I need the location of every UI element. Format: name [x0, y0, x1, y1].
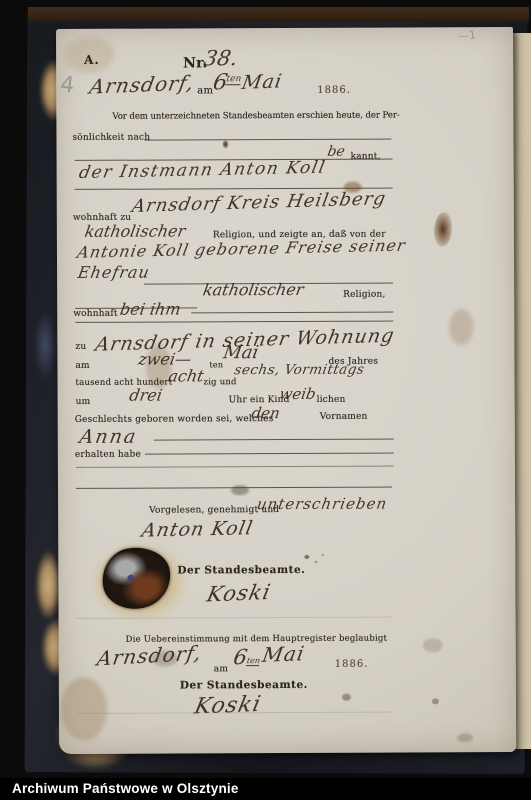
approval-handwritten: unterschrieben	[256, 495, 389, 514]
header-year: 1886.	[317, 85, 351, 96]
pencil-corner-mark: —1	[458, 29, 477, 43]
declarant-name-line: der Instmann Anton Koll	[77, 158, 327, 183]
erhalten-label: erhalten habe	[75, 450, 141, 460]
stain	[342, 694, 351, 701]
stain	[61, 677, 107, 741]
mother-residence-label: wohnhaft	[73, 309, 117, 319]
birth-hour: drei	[128, 386, 164, 405]
ruled-line	[145, 453, 394, 455]
registrar-title-2: Der Standesbeamte.	[180, 679, 308, 692]
declarant-residence: Arnsdorf Kreis Heilsberg	[130, 188, 388, 217]
stain	[457, 733, 473, 742]
certification-day-suffix: ten	[246, 657, 261, 666]
certification-place: Arnsdorf,	[95, 641, 203, 671]
header-day-suffix: ten	[225, 75, 241, 85]
birth-am-label: am	[75, 361, 89, 371]
declarant-religion-handwritten: katholischer	[83, 221, 187, 240]
archive-name: Archiwum Państwowe w Olsztynie	[12, 781, 239, 796]
birth-zu-label: zu	[75, 342, 86, 352]
declarant-signature: Anton Koll	[140, 517, 255, 541]
section-letter: A.	[84, 53, 100, 67]
pencil-margin-mark: 4	[59, 72, 75, 98]
mother-religion-handwritten: katholischer	[202, 280, 306, 299]
birth-sex-suffix-label: lichen	[317, 395, 346, 405]
birth-month: Mai	[222, 342, 261, 363]
ruled-line	[76, 466, 394, 468]
register-form-page: 4 —1 A. Nr. 38. Arnsdorf, am 6 ten Mai 1…	[56, 27, 516, 754]
registrar-signature-2: Koski	[192, 692, 264, 720]
photographed-register-page: 4 —1 A. Nr. 38. Arnsdorf, am 6 ten Mai 1…	[0, 0, 531, 800]
intro-line2: sönlichkeit nach	[72, 133, 150, 143]
stain	[423, 638, 443, 652]
birth-decade: acht	[167, 366, 206, 385]
header-place: Arnsdorf,	[88, 71, 196, 99]
mother-residence: bei ihm	[119, 299, 183, 318]
ink-spot	[222, 140, 228, 148]
entry-number-value: 38.	[202, 46, 240, 70]
intro-line1: Vor dem unterzeichneten Standesbeamten e…	[112, 111, 399, 122]
ruled-line	[191, 312, 393, 314]
birth-article-handwritten: den	[250, 404, 281, 422]
registrar-signature: Koski	[205, 580, 274, 606]
birth-units: sechs, Vormittags	[233, 362, 366, 379]
stain	[434, 212, 452, 246]
birth-vornamen-label: Vornamen	[320, 412, 368, 422]
certification-month: Mai	[261, 641, 307, 667]
mother-religion-printed: Religion,	[343, 290, 385, 300]
birth-um-label: um	[76, 397, 91, 407]
stain	[432, 698, 439, 704]
specks	[304, 555, 309, 559]
archive-caption-bar: Archiwum Państwowe w Olsztynie	[0, 778, 531, 800]
registrar-title: Der Standesbeamte.	[177, 564, 305, 577]
faint-ruled-line	[77, 617, 393, 619]
birth-sex-handwritten: weib	[278, 385, 317, 403]
known-handwritten: be	[326, 144, 346, 160]
ruled-line	[144, 139, 391, 141]
birth-sex-line-label: Geschlechts geboren worden sei, welches	[75, 414, 274, 425]
birth-zig-und-label: zig und	[204, 377, 237, 387]
known-printed: kannt,	[351, 152, 381, 162]
cover-marbling-patch	[34, 310, 56, 380]
wax-seal-burn-mark	[89, 540, 189, 622]
ruled-line	[154, 439, 394, 441]
certification-am-label: am	[214, 664, 228, 674]
ruled-line	[75, 321, 393, 323]
stain	[449, 309, 473, 345]
cover-top-edge	[28, 7, 529, 22]
child-name: Anna	[78, 426, 139, 448]
certification-year: 1886.	[335, 659, 369, 670]
header-month: Mai	[240, 70, 284, 94]
mother-name-line2: Ehefrau	[76, 263, 151, 282]
